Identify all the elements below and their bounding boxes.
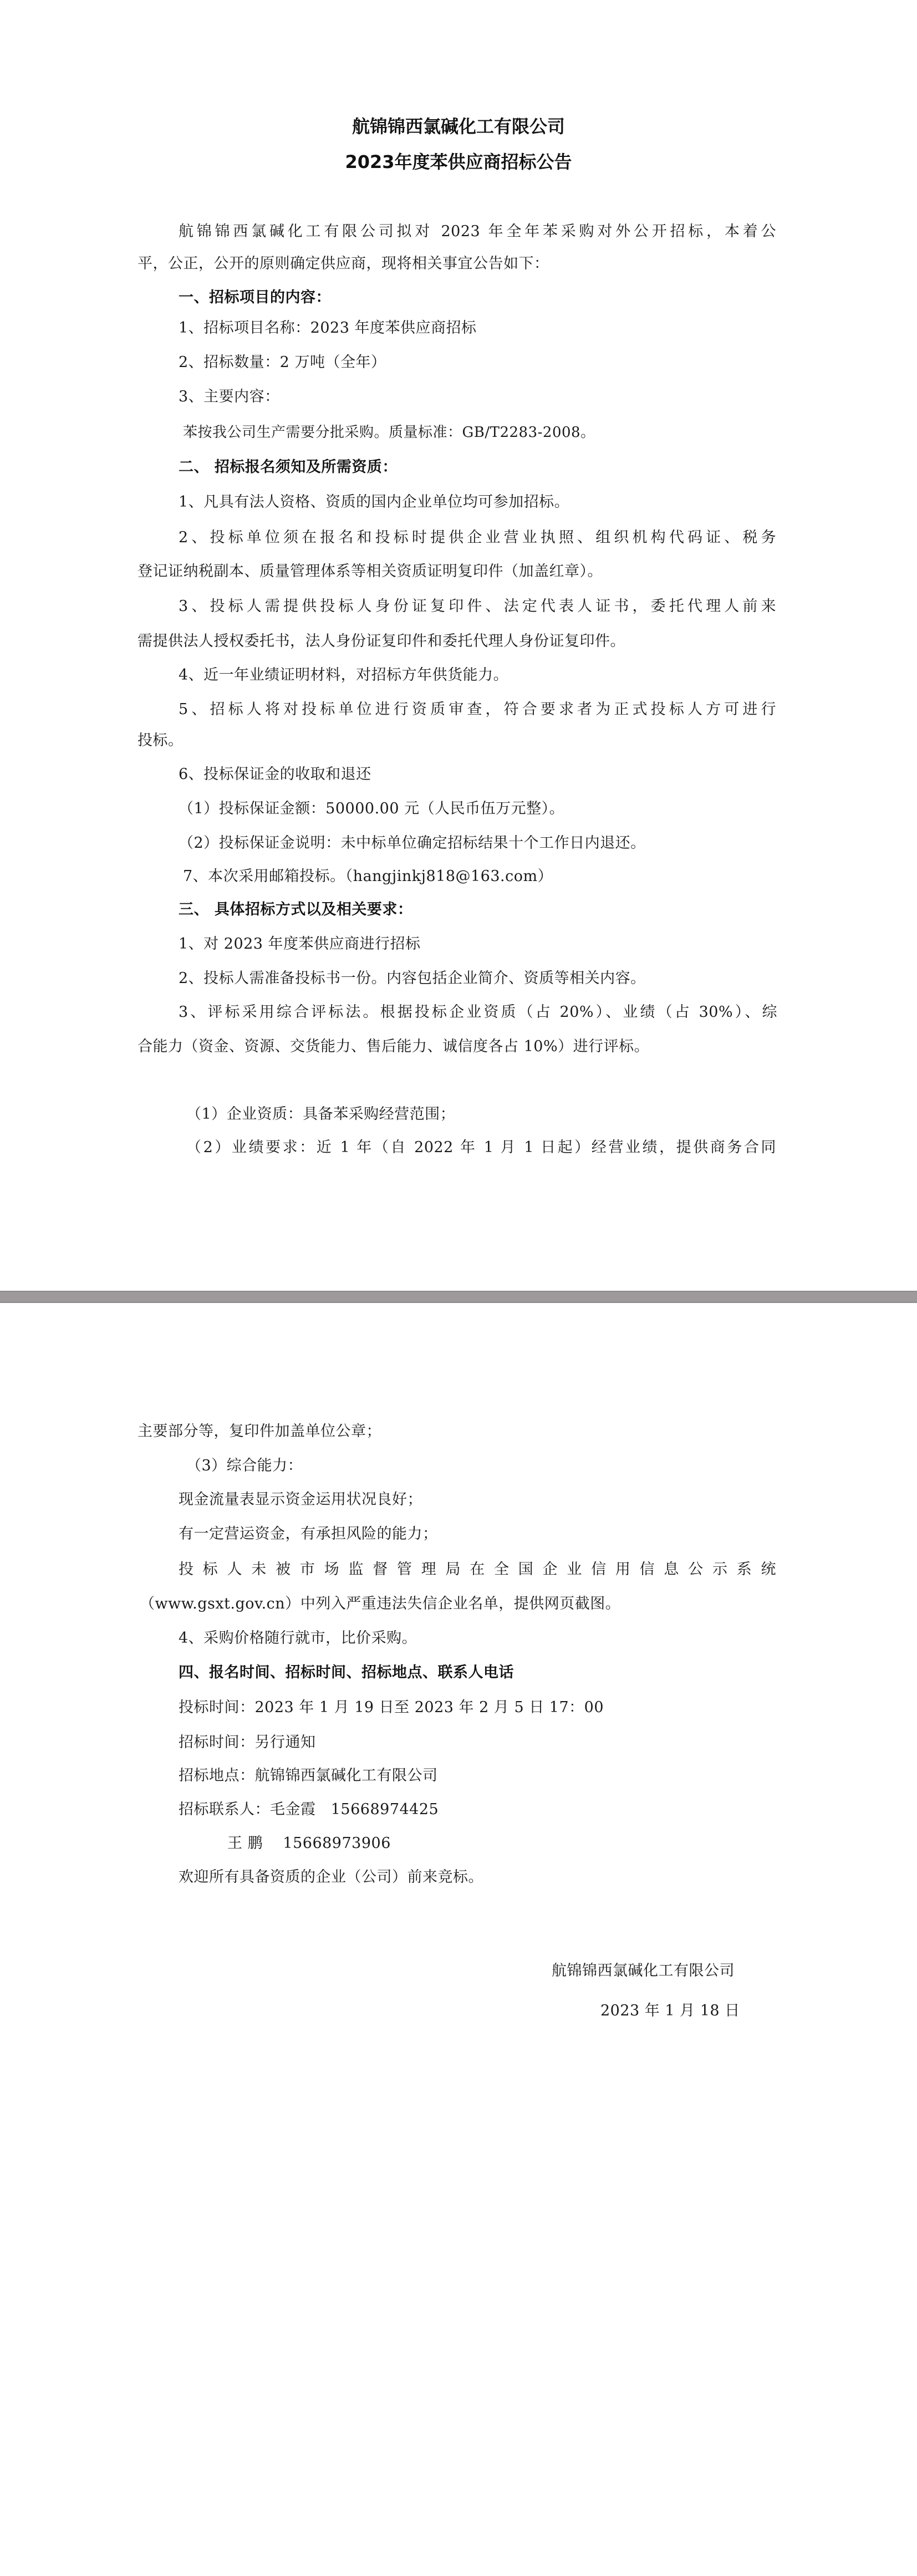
section-2-item-3-line-2: 需提供法人授权委托书，法人身份证复印件和委托代理人身份证复印件。 [137,632,625,651]
section-2-item-2-line-2: 登记证纳税副本、质量管理体系等相关资质证明复印件（加盖红章）。 [137,562,603,581]
section-1-heading: 一、招标项目的内容： [179,288,331,307]
deposit-amount: （1）投标保证金额：50000.00 元（人民币伍万元整）。 [179,800,564,818]
section-3-item-3-line-1: 3、评标采用综合评标法。根据投标企业资质（占 20%）、业绩（占 30%）、综 [179,1003,777,1022]
section-1-item-2: 2、招标数量：2 万吨（全年） [179,353,386,372]
section-3-item-2: 2、投标人需准备投标书一份。内容包括企业简介、资质等相关内容。 [179,969,646,988]
working-capital-note: 有一定营运资金，有承担风险的能力； [179,1525,438,1544]
page-separator [0,1291,917,1303]
section-1-item-3: 3、主要内容： [179,388,280,406]
cash-flow-note: 现金流量表显示资金运用状况良好； [179,1490,422,1509]
announcement-title: 2023年度苯供应商招标公告 [0,151,917,173]
intro-line-1: 航锦锦西氯碱化工有限公司拟对 2023 年全年苯采购对外公开招标，本着公 [179,222,776,241]
performance-requirement-line-2: 主要部分等，复印件加盖单位公章； [137,1422,381,1441]
qualification-requirement: （1）企业资质：具备苯采购经营范围； [186,1105,455,1124]
deposit-note: （2）投标保证金说明：未中标单位确定招标结果十个工作日内退还。 [179,834,646,853]
section-2-item-1: 1、凡具有法人资格、资质的国内企业单位均可参加招标。 [179,493,569,512]
welcome-note: 欢迎所有具备资质的企业（公司）前来竞标。 [179,1868,483,1887]
section-3-item-1: 1、对 2023 年度苯供应商进行招标 [179,935,421,954]
contact-person-2: 王 鹏 15668973906 [227,1834,391,1853]
intro-line-2: 平，公正，公开的原则确定供应商，现将相关事宜公告如下： [137,254,549,273]
document-page-2: 主要部分等，复印件加盖单位公章； （3）综合能力： 现金流量表显示资金运用状况良… [0,1303,917,2576]
email-bid-note: 7、本次采用邮箱投标。（hangjinkj818@163.com） [183,867,553,886]
tender-place: 招标地点：航锦锦西氯碱化工有限公司 [179,1766,438,1785]
section-2-item-6: 6、投标保证金的收取和退还 [179,765,371,784]
signature-company: 航锦锦西氯碱化工有限公司 [552,1962,735,1981]
bid-time: 投标时间：2023 年 1 月 19 日至 2023 年 2 月 5 日 17：… [179,1698,604,1717]
section-2-item-3-line-1: 3、投标人需提供投标人身份证复印件、法定代表人证书，委托代理人前来 [179,597,776,616]
section-3-item-4: 4、采购价格随行就市，比价采购。 [179,1629,417,1648]
section-4-heading: 四、报名时间、招标时间、招标地点、联系人电话 [179,1663,514,1682]
comprehensive-ability: （3）综合能力： [186,1457,303,1475]
section-3-heading: 三、 具体招标方式以及相关要求： [179,900,412,919]
section-2-item-4: 4、近一年业绩证明材料，对招标方年供货能力。 [179,666,508,685]
section-1-item-1: 1、招标项目名称：2023 年度苯供应商招标 [179,319,476,338]
section-3-item-3-line-2: 合能力（资金、资源、交货能力、售后能力、诚信度各占 10%）进行评标。 [137,1037,649,1056]
section-2-heading: 二、 招标报名须知及所需资质： [179,458,398,477]
section-1-content: 苯按我公司生产需要分批采购。质量标准：GB/T2283-2008。 [183,423,595,442]
contact-person-1: 招标联系人：毛金霞 15668974425 [179,1800,439,1819]
section-2-item-5-line-1: 5、招标人将对投标单位进行资质审查，符合要求者为正式投标人方可进行 [179,700,776,719]
company-title: 航锦锦西氯碱化工有限公司 [0,115,917,138]
signature-date: 2023 年 1 月 18 日 [600,2002,740,2020]
performance-requirement-line-1: （2）业绩要求：近 1 年（自 2022 年 1 月 1 日起）经营业绩，提供商… [186,1138,776,1157]
credit-check-line-1: 投标人未被市场监督管理局在全国企业信用信息公示系统 [179,1560,776,1579]
tender-time: 招标时间：另行通知 [179,1733,316,1752]
section-2-item-2-line-1: 2、投标单位须在报名和投标时提供企业营业执照、组织机构代码证、税务 [179,528,776,547]
document-page-1: 航锦锦西氯碱化工有限公司 2023年度苯供应商招标公告 航锦锦西氯碱化工有限公司… [0,0,917,1291]
credit-check-line-2: （www.gsxt.gov.cn）中列入严重违法失信企业名单，提供网页截图。 [140,1595,620,1613]
section-2-item-5-line-2: 投标。 [137,731,184,750]
